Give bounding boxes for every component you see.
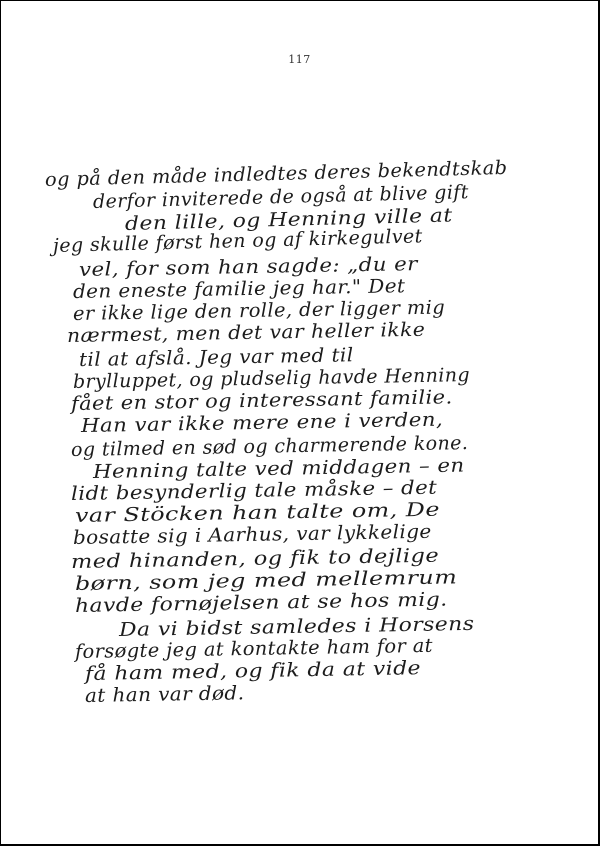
handwritten-line: jeg skulle først hen og af kirkegulvet (53, 225, 423, 257)
handwritten-line: at han var død. (85, 682, 245, 707)
document-page: 117 og på den måde indledtes deres beken… (0, 0, 600, 846)
handwritten-line: få ham med, og fik da at vide (85, 657, 421, 685)
page-number: 117 (1, 53, 598, 66)
